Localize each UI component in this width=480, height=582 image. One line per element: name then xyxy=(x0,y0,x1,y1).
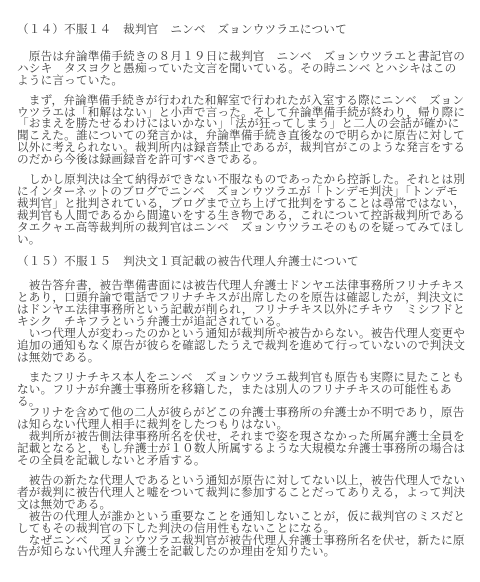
section-15-paragraph-2: またフリナチキス本人をニンベ ズョンウツラエ裁判官も原告も実際に見たことも ない… xyxy=(17,372,468,467)
section-15-paragraph-1: 被告答弁書，被告準備書面には被告代理人弁護士ドンヤエ法律事務所フリナチキス とあ… xyxy=(17,280,468,363)
section-fuman-14: （１４）不服１４ 裁判官 ニンベ ズョンウツラエについて 原告は弁論準備手続きの… xyxy=(17,24,468,246)
section-15-heading: （１５）不服１５ 判決文１頁記載の被告代理人弁護士について xyxy=(17,256,468,268)
section-14-paragraph-3: しかし原判決は全て納得ができない不服なものであったから控訴した。それとは別 にイ… xyxy=(17,174,468,245)
section-14-paragraph-1: 原告は弁論準備手続きの８月１９日に裁判官 ニンベ ズョンウツラエと書記官の ハシ… xyxy=(17,51,468,87)
section-fuman-15: （１５）不服１５ 判決文１頁記載の被告代理人弁護士について 被告答弁書，被告準備… xyxy=(17,256,468,559)
section-15-paragraph-3: 被告の新たな代理人であるという通知が原告に対してない以上，被告代理人でない 者が… xyxy=(17,475,468,558)
section-14-paragraph-2: まず，弁論準備手続きが行われた和解室で行われたが入室する際にニンベ ズョン ウツ… xyxy=(17,95,468,166)
section-14-heading: （１４）不服１４ 裁判官 ニンベ ズョンウツラエについて xyxy=(17,24,468,36)
document-page: （１４）不服１４ 裁判官 ニンベ ズョンウツラエについて 原告は弁論準備手続きの… xyxy=(0,0,480,582)
